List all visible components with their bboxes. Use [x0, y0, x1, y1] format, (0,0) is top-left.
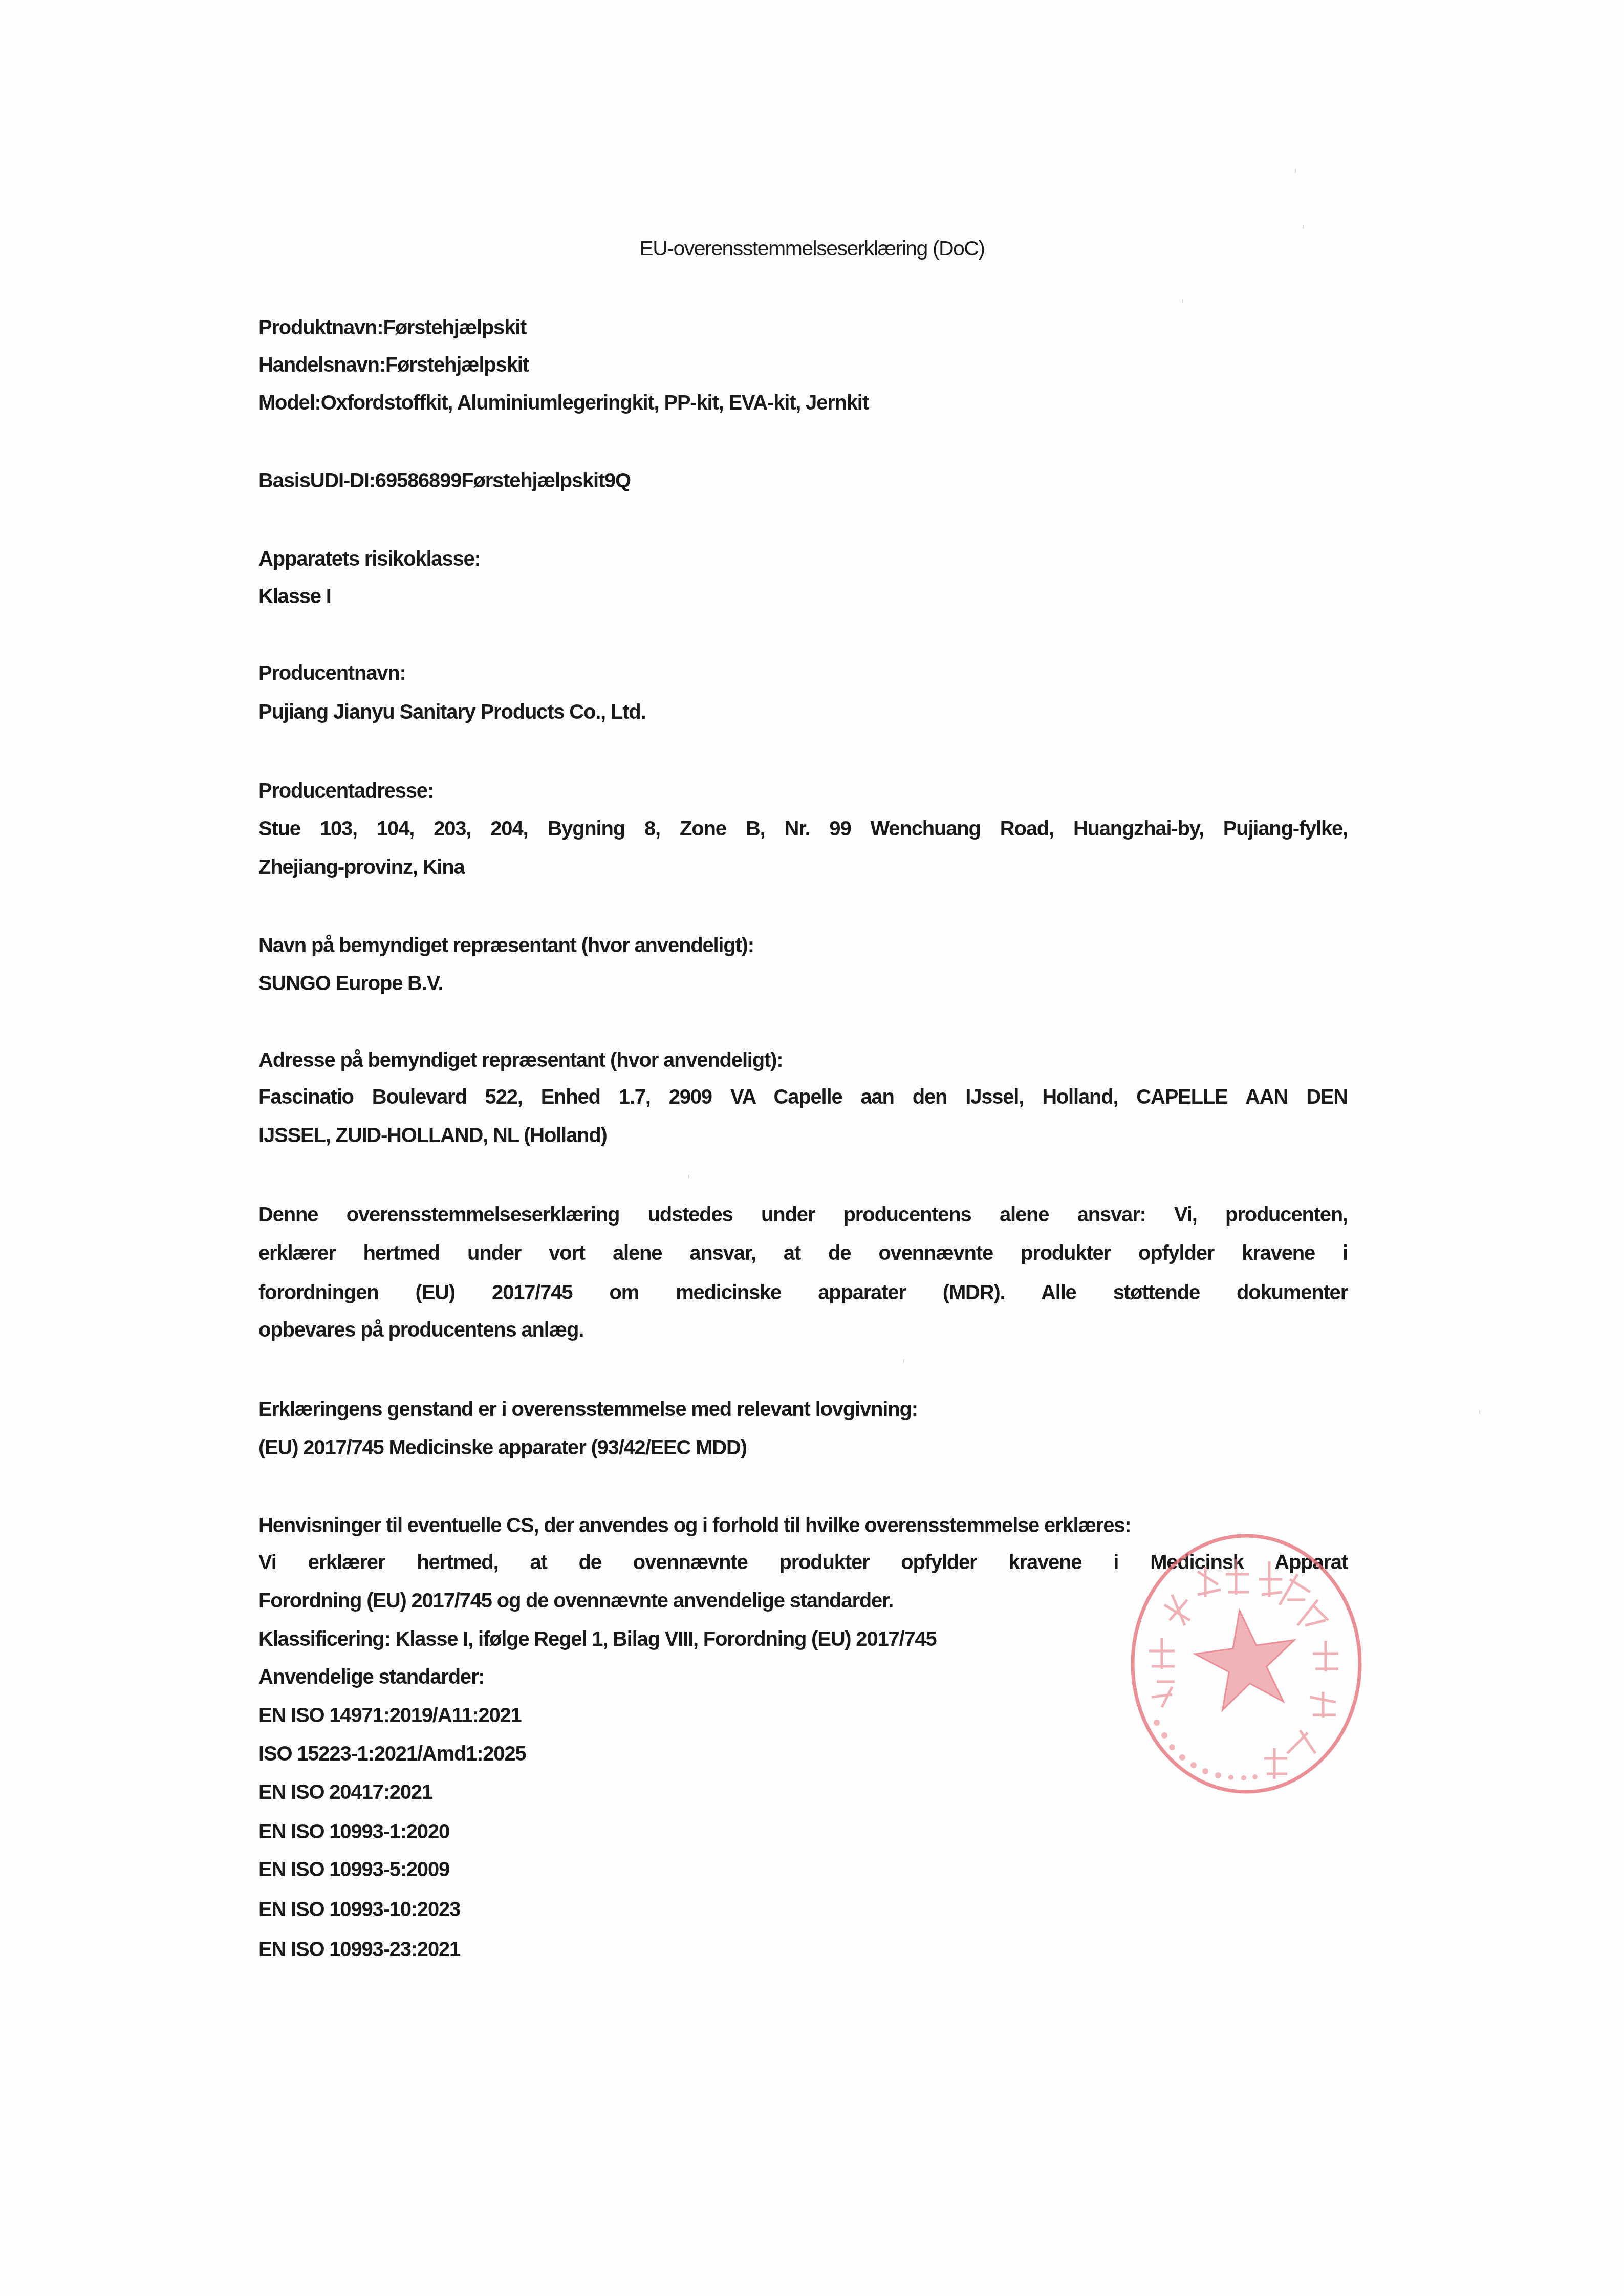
- scan-speck: [1479, 1410, 1480, 1414]
- declaration-line1: Denne overensstemmelseserklæring udstede…: [258, 1202, 1348, 1228]
- scan-speck: [688, 1175, 689, 1178]
- scan-speck: [1303, 225, 1304, 229]
- references-line2: Forordning (EU) 2017/745 og de ovennævnt…: [258, 1588, 893, 1614]
- risk-class-value: Klasse I: [258, 584, 331, 609]
- star-icon: [1190, 1603, 1303, 1712]
- risk-class-label: Apparatets risikoklasse:: [258, 546, 481, 572]
- declaration-line2: erklærer hertmed under vort alene ansvar…: [258, 1240, 1348, 1266]
- authorized-rep-address-label: Adresse på bemyndiget repræsentant (hvor…: [258, 1047, 783, 1073]
- standard-item: EN ISO 10993-1:2020: [258, 1819, 449, 1844]
- company-seal-stamp: [1121, 1528, 1372, 1799]
- declaration-line3: forordningen (EU) 2017/745 om medicinske…: [258, 1280, 1348, 1305]
- authorized-rep-address-line2: IJSSEL, ZUID-HOLLAND, NL (Holland): [258, 1123, 607, 1148]
- authorized-rep-address-line1: Fascinatio Boulevard 522, Enhed 1.7, 290…: [258, 1084, 1348, 1110]
- scan-speck: [903, 1359, 904, 1363]
- manufacturer-address-line1: Stue 103, 104, 203, 204, Bygning 8, Zone…: [258, 816, 1348, 842]
- manufacturer-address-label: Producentadresse:: [258, 778, 434, 804]
- document-page: EU-overensstemmelseserklæring (DoC) Prod…: [0, 0, 1624, 2296]
- standard-item: EN ISO 10993-23:2021: [258, 1937, 460, 1962]
- trade-name: Handelsnavn:Førstehjælpskit: [258, 352, 529, 378]
- standard-item: EN ISO 10993-5:2009: [258, 1857, 449, 1882]
- scan-speck: [1295, 169, 1296, 173]
- standard-item: EN ISO 10993-10:2023: [258, 1897, 460, 1922]
- manufacturer-name-label: Producentnavn:: [258, 660, 406, 686]
- declaration-line4: opbevares på producentens anlæg.: [258, 1317, 583, 1343]
- classification: Klassificering: Klasse I, ifølge Regel 1…: [258, 1626, 937, 1652]
- references-label: Henvisninger til eventuelle CS, der anve…: [258, 1513, 1131, 1538]
- manufacturer-address-line2: Zhejiang-provinz, Kina: [258, 854, 465, 880]
- manufacturer-name-value: Pujiang Jianyu Sanitary Products Co., Lt…: [258, 699, 645, 725]
- standard-item: EN ISO 20417:2021: [258, 1779, 432, 1805]
- basic-udi-di: BasisUDI-DI:69586899Førstehjælpskit9Q: [258, 468, 631, 493]
- product-name: Produktnavn:Førstehjælpskit: [258, 315, 526, 340]
- model: Model:Oxfordstoffkit, Aluminiumlegeringk…: [258, 390, 869, 416]
- standard-item: ISO 15223-1:2021/Amd1:2025: [258, 1741, 526, 1767]
- standard-item: EN ISO 14971:2019/A11:2021: [258, 1703, 522, 1728]
- authorized-rep-name-value: SUNGO Europe B.V.: [258, 971, 443, 996]
- standards-label: Anvendelige standarder:: [258, 1664, 484, 1690]
- authorized-rep-name-label: Navn på bemyndiget repræsentant (hvor an…: [258, 933, 754, 958]
- legislation-value: (EU) 2017/745 Medicinske apparater (93/4…: [258, 1435, 747, 1461]
- document-title: EU-overensstemmelseserklæring (DoC): [0, 237, 1624, 261]
- scan-speck: [1182, 299, 1183, 303]
- legislation-label: Erklæringens genstand er i overensstemme…: [258, 1397, 918, 1422]
